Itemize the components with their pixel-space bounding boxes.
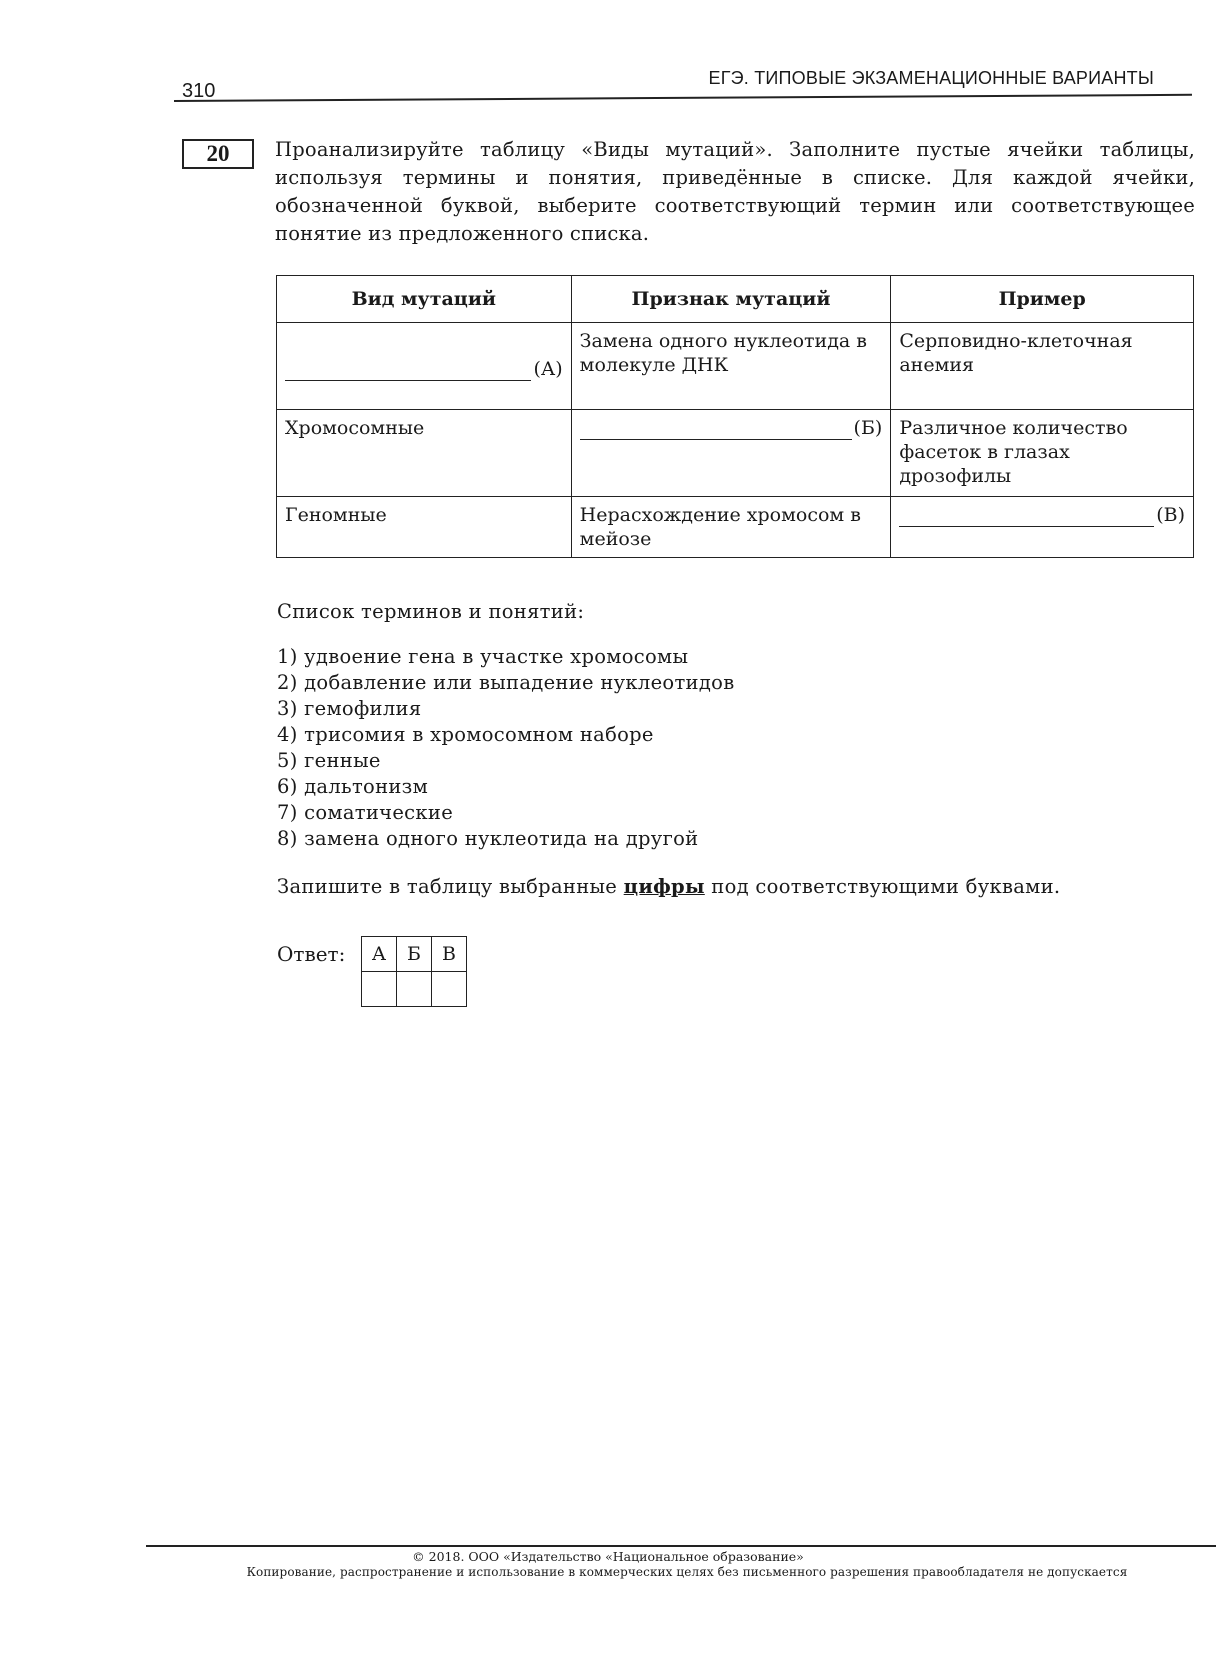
terms-list-title: Список терминов и понятий: [277,600,584,623]
instruction-after: под соответствующими буквами. [705,875,1061,898]
answer-col-b: Б [397,937,432,972]
blank-letter: (А) [533,357,562,381]
cell-example-blank-v[interactable]: (В) [891,497,1194,558]
cell-type: Геномные [277,497,572,558]
footer-copyright: © 2018. ООО «Издательство «Национальное … [0,1549,1216,1564]
mutation-types-table: Вид мутаций Признак мутаций Пример (А) З… [276,275,1194,558]
table-header-row: Вид мутаций Признак мутаций Пример [277,276,1194,323]
instruction-text: Запишите в таблицу выбранные цифры под с… [277,875,1060,898]
table-row: Хромосомные (Б) Различное количество фас… [277,410,1194,497]
table-row: Геномные Нерасхождение хромосом в мейозе… [277,497,1194,558]
header-sign: Признак мутаций [571,276,891,323]
cell-sign: Замена одного нуклеотида в молекуле ДНК [571,323,891,410]
header-rule [174,94,1192,102]
answer-cell-v[interactable] [432,972,467,1007]
cell-type: Хромосомные [277,410,572,497]
instruction-emphasis: цифры [624,875,705,898]
list-item: 7) соматические [277,800,734,826]
blank-letter: (В) [1156,503,1185,527]
list-item: 1) удвоение гена в участке хромосомы [277,644,734,670]
blank-letter: (Б) [854,416,883,440]
table-row: (А) Замена одного нуклеотида в молекуле … [277,323,1194,410]
instruction-before: Запишите в таблицу выбранные [277,875,624,898]
answer-col-a: А [362,937,397,972]
cell-type-blank-a[interactable]: (А) [277,323,572,410]
list-item: 5) генные [277,748,734,774]
header-type: Вид мутаций [277,276,572,323]
list-item: 8) замена одного нуклеотида на другой [277,826,734,852]
list-item: 6) дальтонизм [277,774,734,800]
list-item: 3) гемофилия [277,696,734,722]
cell-example: Серповидно-клеточная анемия [891,323,1194,410]
cell-sign-blank-b[interactable]: (Б) [571,410,891,497]
list-item: 4) трисомия в хромосомном наборе [277,722,734,748]
header-example: Пример [891,276,1194,323]
cell-example: Различное количество фасеток в глазах др… [891,410,1194,497]
footer-rule [146,1545,1216,1547]
answer-cell-b[interactable] [397,972,432,1007]
answer-cell-a[interactable] [362,972,397,1007]
answer-label: Ответ: [277,942,345,966]
running-head: ЕГЭ. ТИПОВЫЕ ЭКЗАМЕНАЦИОННЫЕ ВАРИАНТЫ [709,68,1155,89]
terms-list: 1) удвоение гена в участке хромосомы 2) … [277,644,734,852]
cell-sign: Нерасхождение хромосом в мейозе [571,497,891,558]
blank-line [899,508,1154,527]
answer-input-row [362,972,467,1007]
answer-header-row: А Б В [362,937,467,972]
footer-notice: Копирование, распространение и использов… [162,1565,1212,1579]
answer-grid: А Б В [361,936,467,1007]
question-number-box: 20 [182,139,254,169]
blank-line [580,421,852,440]
question-text: Проанализируйте таблицу «Виды мутаций». … [275,136,1195,248]
answer-col-v: В [432,937,467,972]
list-item: 2) добавление или выпадение нуклеотидов [277,670,734,696]
blank-line [285,362,531,381]
